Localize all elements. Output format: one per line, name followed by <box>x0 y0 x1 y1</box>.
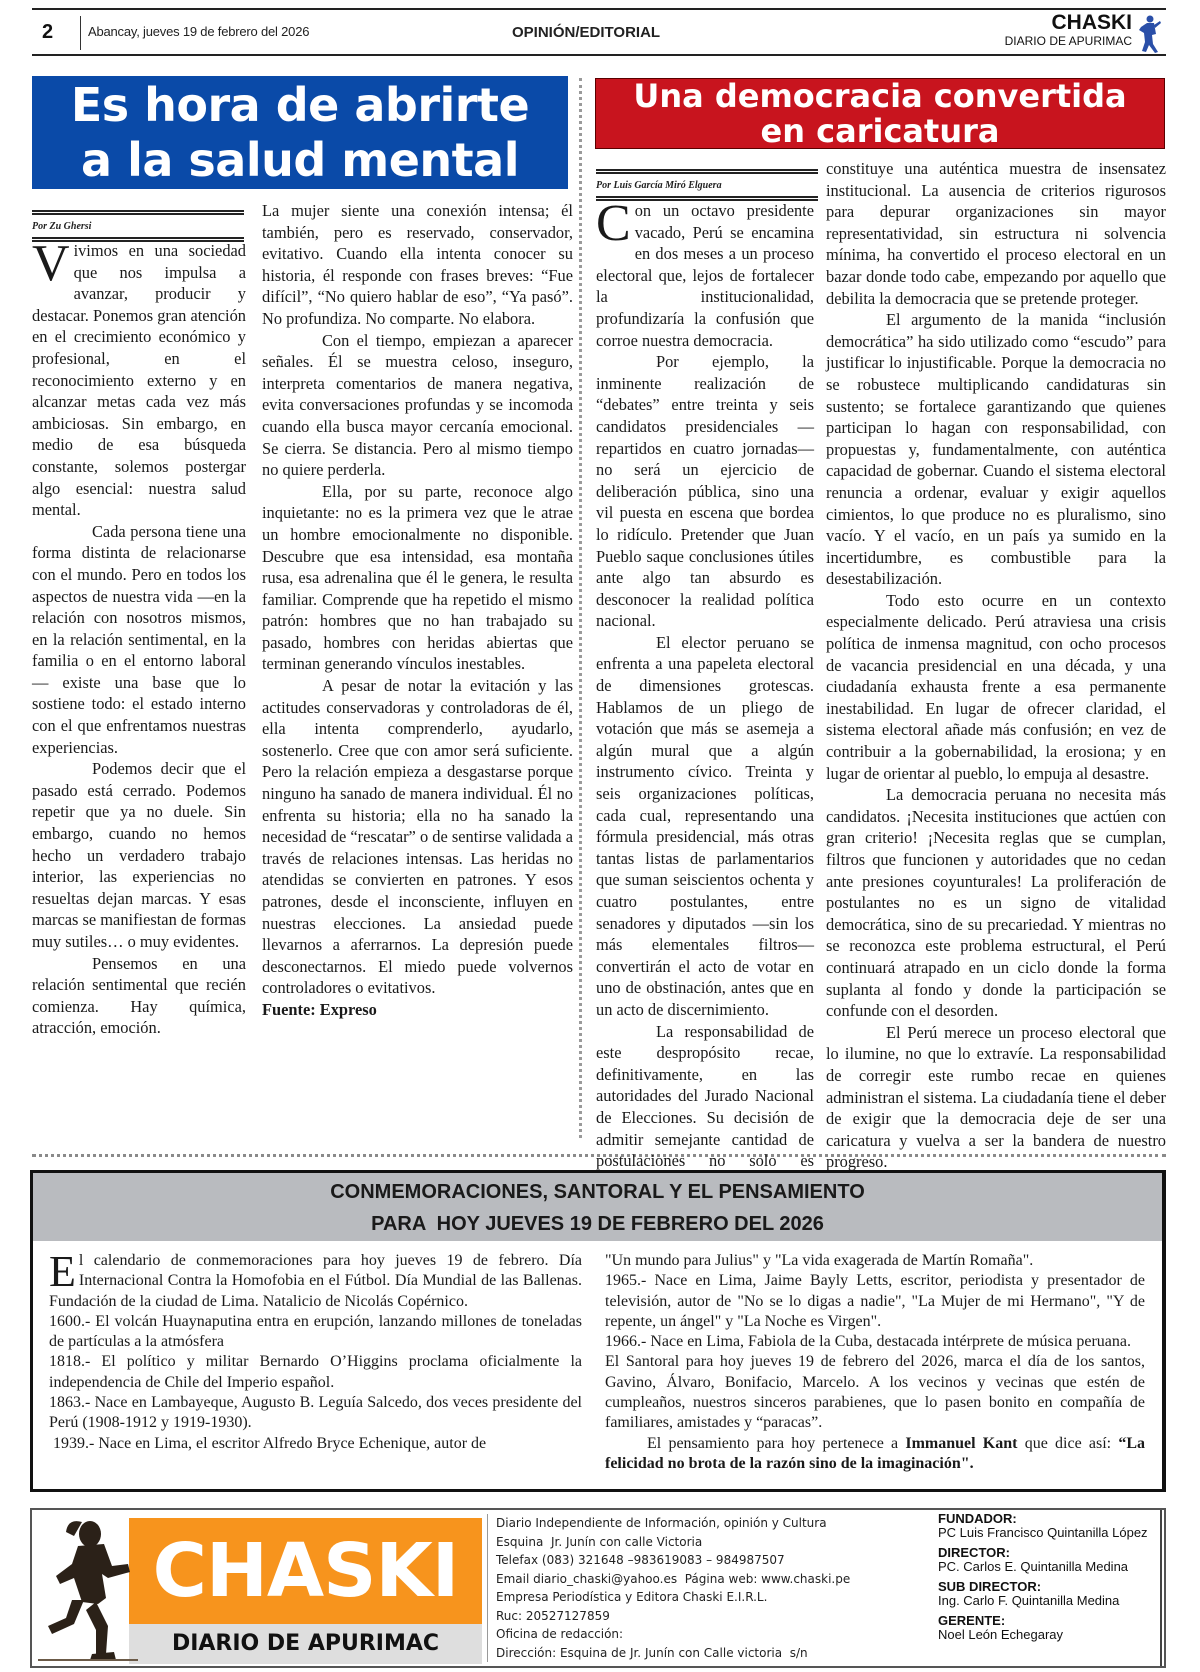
paragraph: Todo esto ocurre en un contexto especial… <box>826 590 1166 784</box>
headline-line-1: Es hora de abrirte <box>71 78 529 132</box>
info-line: Telefax (083) 321648 –983619083 – 984987… <box>496 1551 917 1570</box>
masthead-brand: CHASKI DIARIO DE APURIMAC <box>1005 12 1132 48</box>
paragraph: El argumento de la manida “inclusión dem… <box>826 309 1166 590</box>
conmemoraciones-title-2: PARA HOY JUEVES 19 DE FEBRERO DEL 2026 <box>33 1208 1162 1240</box>
publisher-info: Diario Independiente de Información, opi… <box>487 1514 917 1662</box>
column-separator <box>579 78 582 1138</box>
staff-subdirector: SUB DIRECTOR: Ing. Carlo F. Quintanilla … <box>938 1580 1168 1608</box>
paragraph: Podemos decir que el pasado está cerrado… <box>32 758 246 952</box>
pensamiento-author: Immanuel Kant <box>905 1435 1017 1452</box>
chaski-logo: CHASKI DIARIO DE APURIMAC <box>32 1510 492 1666</box>
headline-line-2: en caricatura <box>761 112 1000 150</box>
paragraph: La democracia peruana no necesita más ca… <box>826 784 1166 1022</box>
info-line: Empresa Periodística y Editora Chaski E.… <box>496 1588 917 1607</box>
drop-cap: V <box>32 240 74 284</box>
event-1863: 1863.- Nace en Lambayeque, Augusto B. Le… <box>49 1393 582 1434</box>
paragraph: La mujer siente una conexión intensa; él… <box>262 200 573 330</box>
paragraph: El Perú merece un proceso electoral que … <box>826 1022 1166 1173</box>
paragraph: Vivimos en una sociedad que nos impulsa … <box>32 240 246 521</box>
paragraph: Pensemos en una relación sentimental que… <box>32 953 246 1039</box>
event-1939-cont: "Un mundo para Julius" y "La vida exager… <box>605 1251 1145 1271</box>
conmemoraciones-header: CONMEMORACIONES, SANTORAL Y EL PENSAMIEN… <box>33 1173 1162 1241</box>
paragraph: Cada persona tiene una forma distinta de… <box>32 521 246 759</box>
section-title: OPINIÓN/EDITORIAL <box>512 24 660 41</box>
santoral: El Santoral para hoy jueves 19 de febrer… <box>605 1352 1145 1433</box>
brand-subtitle: DIARIO DE APURIMAC <box>1005 34 1132 48</box>
info-line: Dirección: Esquina de Jr. Junín con Call… <box>496 1644 917 1663</box>
staff-fundador: FUNDADOR: PC Luis Francisco Quintanilla … <box>938 1512 1168 1540</box>
info-line: Diario Independiente de Información, opi… <box>496 1514 917 1533</box>
drop-cap: C <box>596 200 635 244</box>
paragraph: Con el tiempo, empiezan a aparecer señal… <box>262 330 573 481</box>
paragraph: El elector peruano se enfrenta a una pap… <box>596 632 814 1021</box>
headline-line-1: Una democracia convertida <box>633 77 1126 115</box>
staff-gerente: GERENTE: Noel León Echegaray <box>938 1614 1168 1642</box>
info-line: Esquina Jr. Junín con calle Victoria <box>496 1533 917 1552</box>
footer-colophon: CHASKI DIARIO DE APURIMAC Diario Indepen… <box>30 1508 1166 1668</box>
paragraph: Por ejemplo, la inminente realización de… <box>596 351 814 632</box>
info-line: Email diario_chaski@yahoo.es Página web:… <box>496 1570 917 1589</box>
conmemoraciones-box: CONMEMORACIONES, SANTORAL Y EL PENSAMIEN… <box>30 1170 1166 1492</box>
drop-cap: E <box>49 1251 79 1290</box>
logo-subtitle: DIARIO DE APURIMAC <box>129 1624 482 1664</box>
masthead: 2 Abancay, jueves 19 de febrero del 2026… <box>32 8 1166 56</box>
logo-wordmark: CHASKI <box>129 1518 482 1624</box>
conmemoraciones-left: El calendario de conmemoraciones para ho… <box>49 1251 582 1454</box>
intro-paragraph: El calendario de conmemoraciones para ho… <box>49 1251 582 1312</box>
pensamiento: El pensamiento para hoy pertenece a Imma… <box>605 1434 1145 1475</box>
chaski-runner-icon <box>1136 14 1162 54</box>
headline-line-2: a la salud mental <box>81 133 519 187</box>
info-line: Oficina de redacción: <box>496 1625 917 1644</box>
headline-democracia: Una democracia convertida en caricatura <box>595 78 1165 149</box>
paragraph: constituye una auténtica muestra de inse… <box>826 158 1166 309</box>
source-credit: Fuente: Expreso <box>262 999 573 1021</box>
conmemoraciones-title-1: CONMEMORACIONES, SANTORAL Y EL PENSAMIEN… <box>33 1176 1162 1208</box>
page-number: 2 <box>42 21 53 44</box>
paragraph: A pesar de notar la evitación y las acti… <box>262 675 573 999</box>
brand-name: CHASKI <box>1005 12 1132 34</box>
byline: Por Luis García Miró Elguera <box>596 174 818 196</box>
info-line: Ruc: 20527127859 <box>496 1607 917 1626</box>
event-1965: 1965.- Nace en Lima, Jaime Bayly Letts, … <box>605 1271 1145 1332</box>
byline: Por Zu Ghersi <box>32 215 244 237</box>
event-1818: 1818.- El político y militar Bernardo O’… <box>49 1352 582 1393</box>
article-column-2: La mujer siente una conexión intensa; él… <box>262 200 573 1021</box>
conmemoraciones-right: "Un mundo para Julius" y "La vida exager… <box>605 1251 1145 1474</box>
chaski-runner-icon <box>38 1514 138 1664</box>
paragraph: Con un octavo presidente vacado, Perú se… <box>596 200 814 351</box>
event-1966: 1966.- Nace en Lima, Fabiola de la Cuba,… <box>605 1332 1145 1352</box>
paragraph: Ella, por su parte, reconoce algo inquie… <box>262 481 573 675</box>
staff-director: DIRECTOR: PC. Carlos E. Quintanilla Medi… <box>938 1546 1168 1574</box>
masthead-divider <box>80 16 81 50</box>
staff-list: FUNDADOR: PC Luis Francisco Quintanilla … <box>938 1512 1168 1648</box>
article-column-4: constituye una auténtica muestra de inse… <box>826 158 1166 1195</box>
article-column-1: Vivimos en una sociedad que nos impulsa … <box>32 240 246 1039</box>
event-1600: 1600.- El volcán Huaynaputina entra en e… <box>49 1312 582 1353</box>
date-line: Abancay, jueves 19 de febrero del 2026 <box>88 24 309 39</box>
article-column-3: Con un octavo presidente vacado, Perú se… <box>596 200 814 1215</box>
headline-salud-mental: Es hora de abrirte a la salud mental <box>32 76 568 189</box>
event-1939: 1939.- Nace en Lima, el escritor Alfredo… <box>49 1434 582 1454</box>
